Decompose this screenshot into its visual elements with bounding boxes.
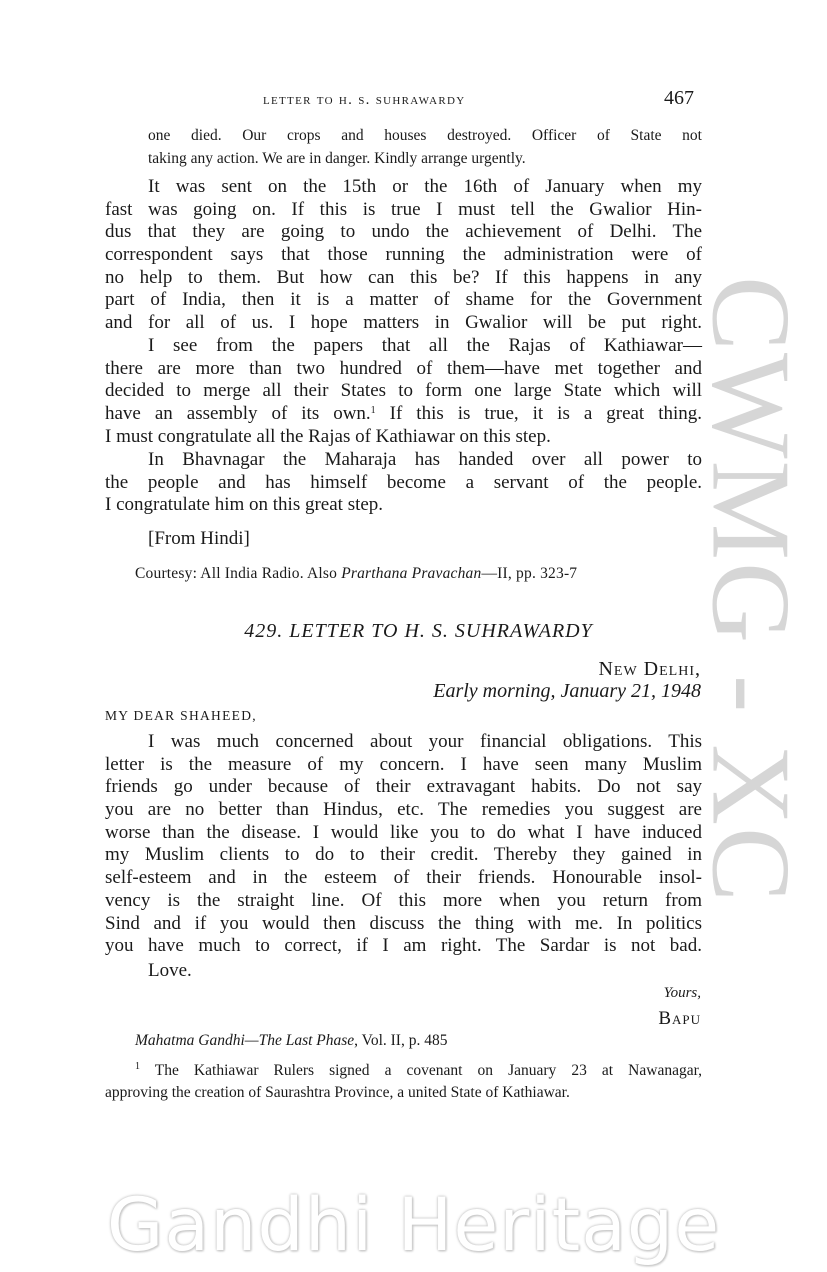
- section-heading: 429. LETTER TO H. S. SUHRAWARDY: [105, 620, 702, 643]
- letter-body: I was much concerned about your financia…: [105, 731, 702, 958]
- text-line: Sind and if you would then discuss the t…: [105, 913, 702, 936]
- footnote-1: 1 The Kathiawar Rulers signed a covenant…: [105, 1060, 702, 1104]
- source-work-title: Mahatma Gandhi—The Last Phase: [135, 1032, 354, 1049]
- text-line: In Bhavnagar the Maharaja has handed ove…: [105, 449, 702, 472]
- text-line: It was sent on the 15th or the 16th of J…: [105, 176, 702, 199]
- text-line: I must congratulate all the Rajas of Kat…: [105, 426, 702, 449]
- text-line: part of India, then it is a matter of sh…: [105, 289, 702, 312]
- text-line: fast was going on. If this is true I mus…: [105, 199, 702, 222]
- text-line: decided to merge all their States to for…: [105, 380, 702, 403]
- text-line: I congratulate him on this great step.: [105, 494, 702, 517]
- source-courtesy: Courtesy: All India Radio. Also Prarthan…: [135, 565, 577, 583]
- text-line: one died. Our crops and houses destroyed…: [148, 124, 702, 147]
- paragraph-gwalior: It was sent on the 15th or the 16th of J…: [105, 176, 702, 335]
- vertical-watermark: CWMG - XC: [690, 250, 810, 930]
- footer-watermark: Gandhi Heritage Portal: [0, 1180, 827, 1272]
- text-line: you are no better than Hindus, etc. The …: [105, 799, 702, 822]
- text-line: my Muslim clients to do to their credit.…: [105, 844, 702, 867]
- running-head-title: LETTER TO H. S. SUHRAWARDY: [263, 92, 466, 109]
- letter-source: Mahatma Gandhi—The Last Phase, Vol. II, …: [135, 1032, 447, 1050]
- text-line: 1 The Kathiawar Rulers signed a covenant…: [105, 1060, 702, 1082]
- text-line: vency is the straight line. Of this more…: [105, 890, 702, 913]
- text-line: approving the creation of Saurashtra Pro…: [105, 1082, 702, 1104]
- text-line: correspondent says that those running th…: [105, 244, 702, 267]
- letter-valediction: Yours,: [664, 985, 701, 1002]
- page-number: 467: [664, 87, 694, 110]
- quoted-telegram: one died. Our crops and houses destroyed…: [148, 124, 702, 169]
- text-line: self-esteem and in the esteem of their f…: [105, 867, 702, 890]
- text-line: I see from the papers that all the Rajas…: [105, 335, 702, 358]
- text-line: no help to them. But how can this be? If…: [105, 267, 702, 290]
- text-line: the people and has himself become a serv…: [105, 472, 702, 495]
- paragraph-kathiawar: I see from the papers that all the Rajas…: [105, 335, 702, 448]
- text-line: I was much concerned about your financia…: [105, 731, 702, 754]
- text-line: letter is the measure of my concern. I h…: [105, 754, 702, 777]
- running-head: LETTER TO H. S. SUHRAWARDY 467: [105, 89, 702, 111]
- text-line: friends go under because of their extrav…: [105, 776, 702, 799]
- letter-closing: Love.: [148, 960, 192, 982]
- document-page: LETTER TO H. S. SUHRAWARDY 467 one died.…: [0, 0, 827, 1272]
- letter-signature: Bapu: [658, 1008, 701, 1030]
- text-line: dus that they are going to undo the achi…: [105, 221, 702, 244]
- letter-salutation: My dear Shaheed,: [105, 708, 257, 724]
- letter-date: Early morning, January 21, 1948: [433, 680, 701, 703]
- text-line: have an assembly of its own.1 If this is…: [105, 403, 702, 426]
- text-line: you have much to correct, if I am right.…: [105, 935, 702, 958]
- text-line: taking any action. We are in danger. Kin…: [148, 147, 702, 170]
- source-work-title: Prarthana Pravachan: [341, 565, 481, 582]
- text-line: worse than the disease. I would like you…: [105, 822, 702, 845]
- paragraph-bhavnagar: In Bhavnagar the Maharaja has handed ove…: [105, 449, 702, 517]
- translation-note: [From Hindi]: [148, 528, 250, 550]
- text-line: there are more than two hundred of them—…: [105, 358, 702, 381]
- text-line: and for all of us. I hope matters in Gwa…: [105, 312, 702, 335]
